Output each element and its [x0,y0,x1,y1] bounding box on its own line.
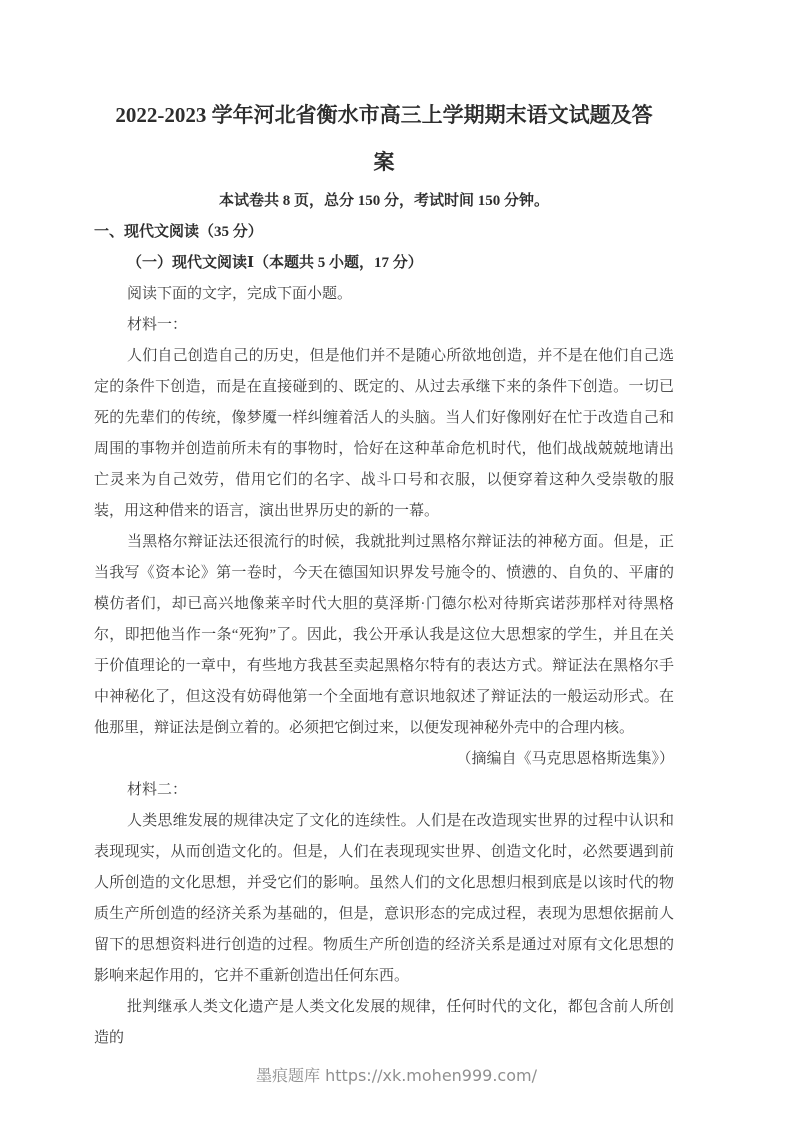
material-two-paragraph-2: 批判继承人类文化遗产是人类文化发展的规律，任何时代的文化，都包含前人所创造的 [94,992,674,1054]
reading-instruction: 阅读下面的文字，完成下面小题。 [94,279,674,310]
material-one-label: 材料一： [94,310,674,341]
material-two-paragraph-1: 人类思维发展的规律决定了文化的连续性。人们是在改造现实世界的过程中认识和表现现实… [94,806,674,992]
material-two-label: 材料二： [94,775,674,806]
material-one-source: （摘编自《马克思恩格斯选集》） [94,744,674,775]
exam-paper-page: 2022-2023 学年河北省衡水市高三上学期期末语文试题及答案 本试卷共 8 … [0,0,793,1122]
section-heading-modern-reading: 一、现代文阅读（35 分） [94,217,674,248]
exam-info-line: 本试卷共 8 页，总分 150 分，考试时间 150 分钟。 [94,186,674,217]
page-title: 2022-2023 学年河北省衡水市高三上学期期末语文试题及答案 [108,92,660,186]
document-content: 2022-2023 学年河北省衡水市高三上学期期末语文试题及答案 本试卷共 8 … [94,0,674,1054]
footer-site-name: 墨痕题库 [256,1066,320,1085]
subsection-heading-reading-one: （一）现代文阅读Ⅰ（本题共 5 小题，17 分） [94,248,674,279]
material-one-paragraph-1: 人们自己创造自己的历史，但是他们并不是随心所欲地创造，并不是在他们自己选定的条件… [94,341,674,527]
footer-site-link[interactable]: https://xk.mohen999.com/ [325,1066,537,1085]
page-footer: 墨痕题库 https://xk.mohen999.com/ [0,1064,793,1088]
material-one-paragraph-2: 当黑格尔辩证法还很流行的时候，我就批判过黑格尔辩证法的神秘方面。但是，正当我写《… [94,527,674,744]
